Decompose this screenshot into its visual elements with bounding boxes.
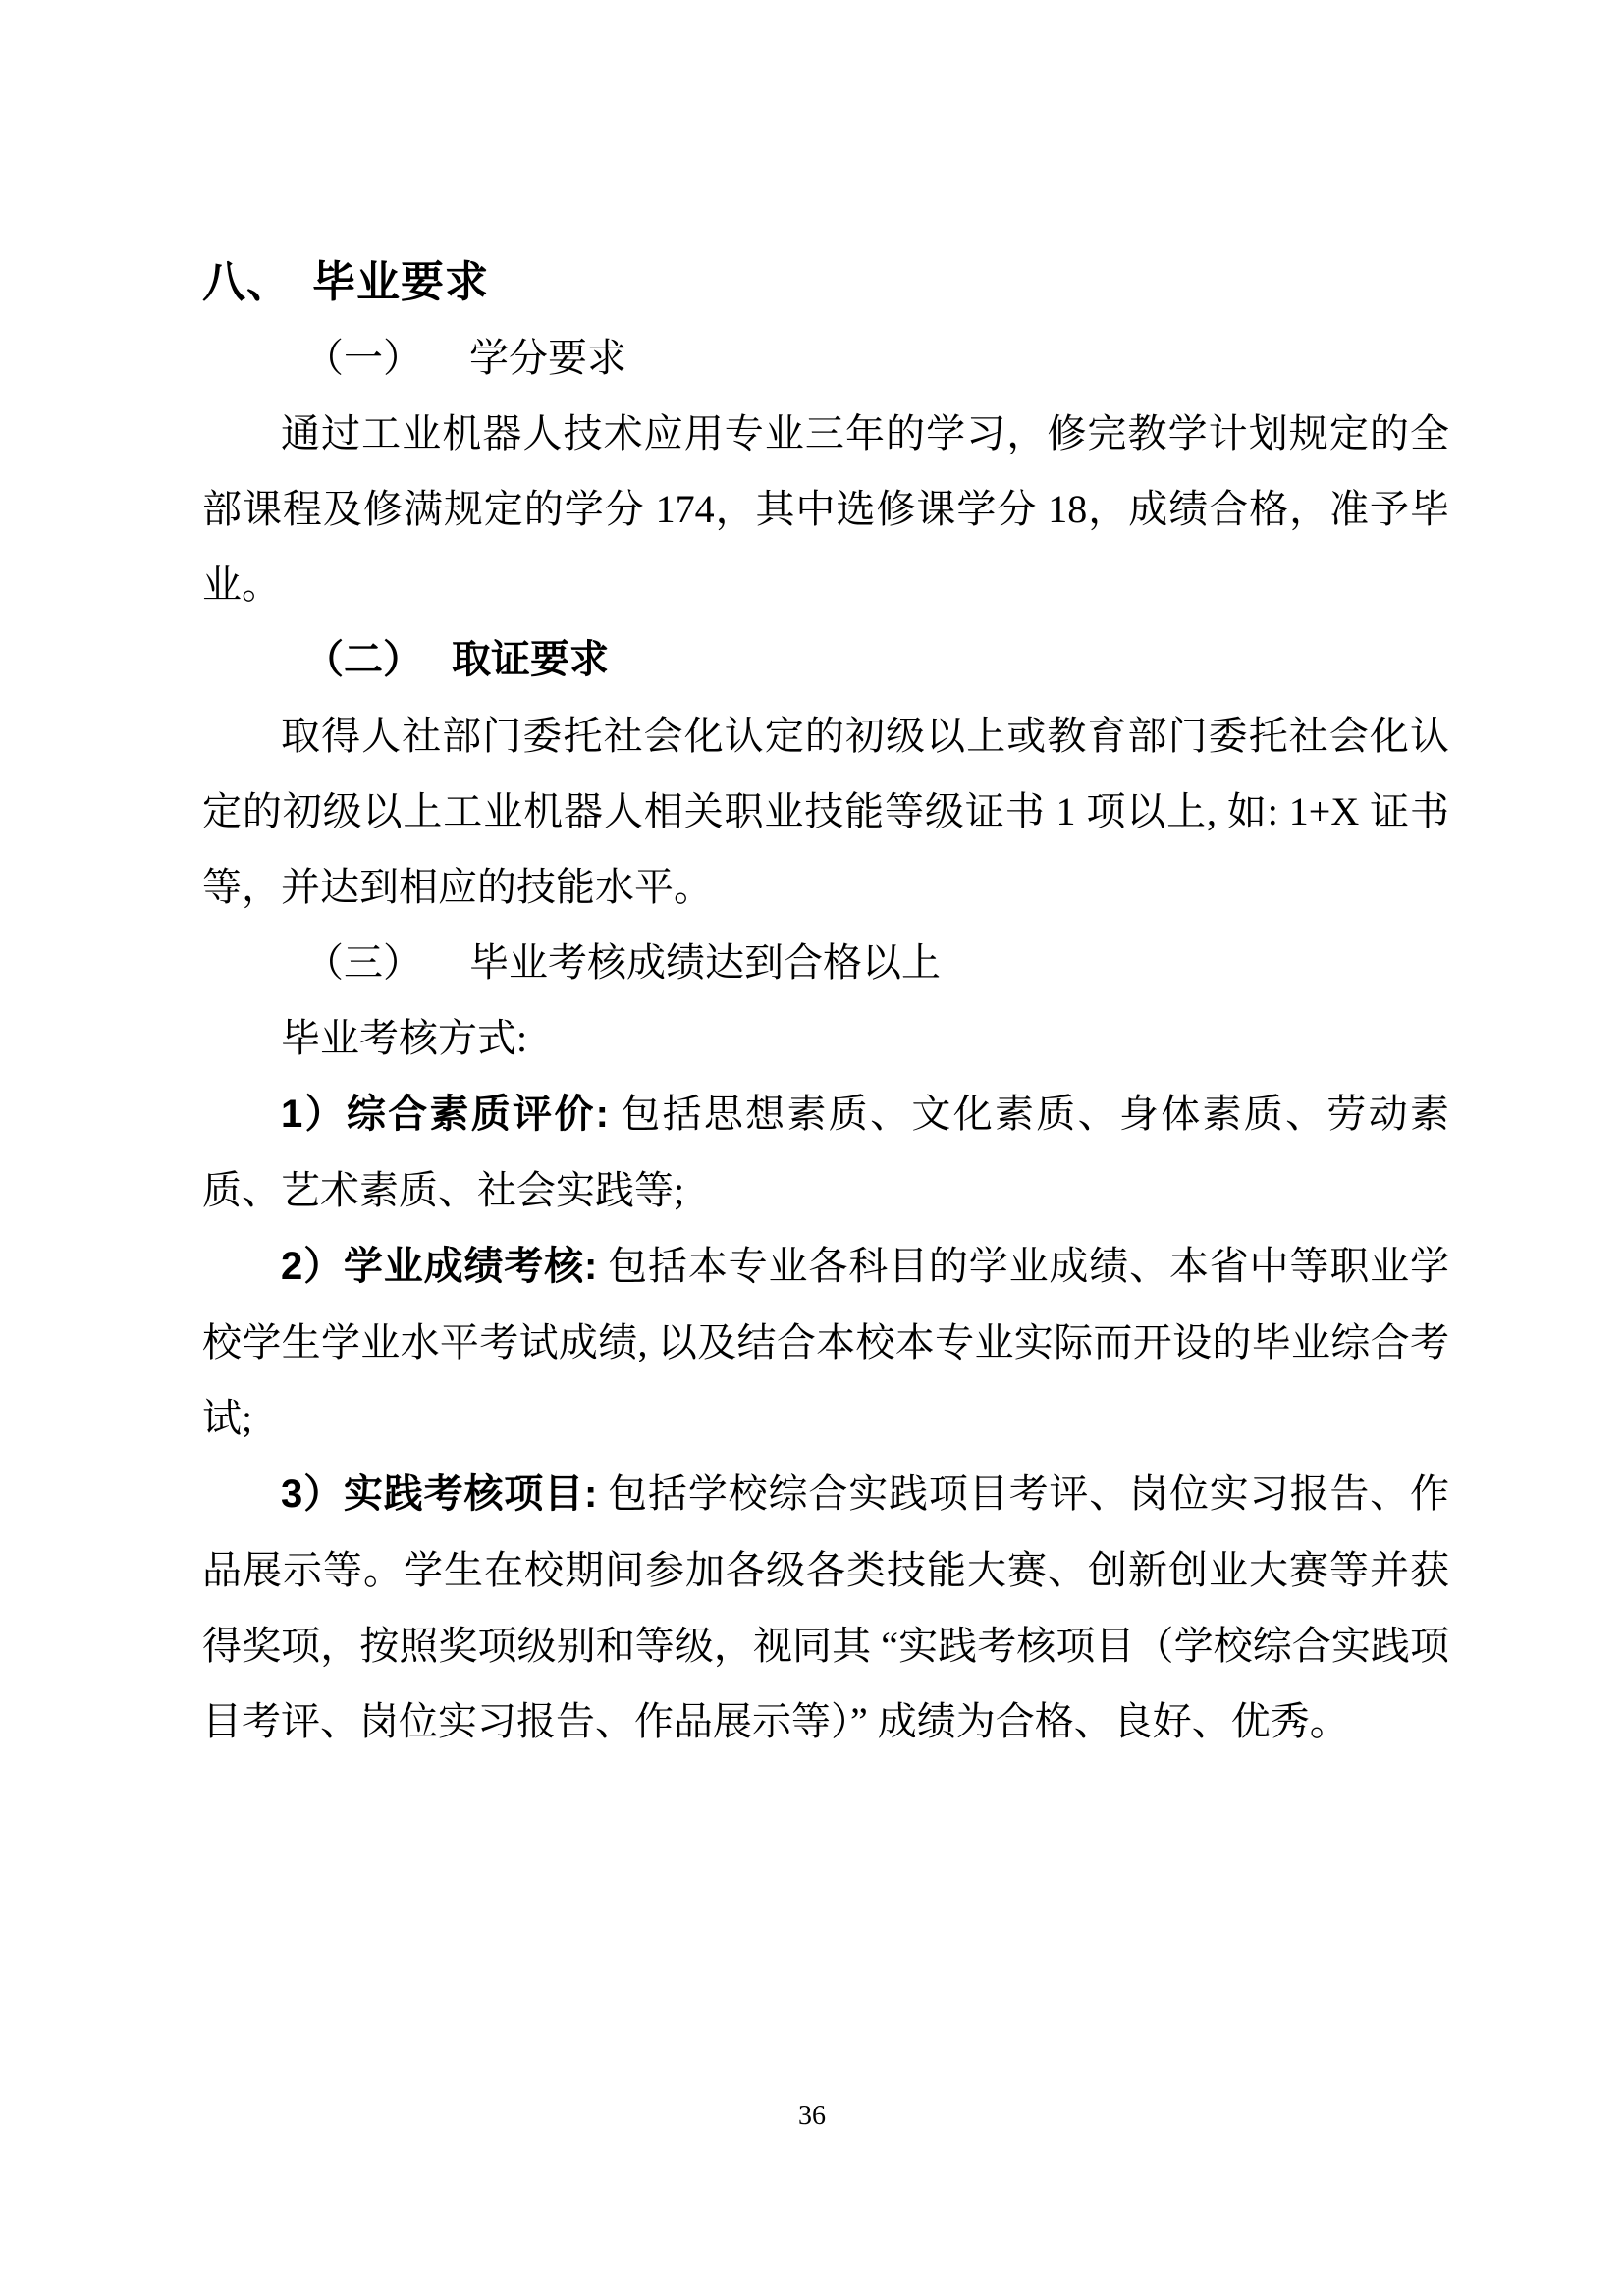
subsection-1-number: （一） <box>304 336 422 380</box>
subsection-1-title: 学分要求 <box>469 336 626 380</box>
page-footer: 36 <box>0 2097 1624 2136</box>
section-heading-number: 八、 <box>202 258 291 306</box>
subsection-1-heading: （一）学分要求 <box>202 320 1449 396</box>
paragraph-assessment-method-intro: 毕业考核方式: <box>202 1000 1449 1076</box>
subsection-2-number: （二） <box>304 638 422 681</box>
subsection-3-heading: （三）毕业考核成绩达到合格以上 <box>202 925 1449 1000</box>
assessment-item-1: 1）综合素质评价: 包括思想素质、文化素质、身体素质、劳动素质、艺术素质、社会实… <box>202 1076 1449 1228</box>
assessment-item-3: 3）实践考核项目: 包括学校综合实践项目考评、岗位实习报告、作品展示等。学生在校… <box>202 1456 1449 1759</box>
subsection-2-heading: （二）取证要求 <box>202 622 1449 698</box>
assessment-item-1-label: 1）综合素质评价: <box>281 1093 609 1136</box>
assessment-item-2: 2）学业成绩考核: 包括本专业各科目的学业成绩、本省中等职业学校学生学业水平考试… <box>202 1228 1449 1456</box>
document-page: 八、毕业要求 （一）学分要求 通过工业机器人技术应用专业三年的学习，修完教学计划… <box>0 0 1624 2296</box>
paragraph-credit-requirements: 通过工业机器人技术应用专业三年的学习，修完教学计划规定的全部课程及修满规定的学分… <box>202 396 1449 622</box>
assessment-item-3-label: 3）实践考核项目: <box>281 1472 597 1516</box>
subsection-3-number: （三） <box>304 940 422 985</box>
paragraph-certification-requirements: 取得人社部门委托社会化认定的初级以上或教育部门委托社会化认定的初级以上工业机器人… <box>202 698 1449 925</box>
section-heading-title: 毕业要求 <box>312 258 489 306</box>
page-number: 36 <box>798 2101 826 2131</box>
subsection-3-title: 毕业考核成绩达到合格以上 <box>469 940 941 985</box>
assessment-item-2-label: 2）学业成绩考核: <box>281 1245 597 1288</box>
section-heading: 八、毕业要求 <box>202 244 1449 320</box>
document-content: 八、毕业要求 （一）学分要求 通过工业机器人技术应用专业三年的学习，修完教学计划… <box>202 0 1449 1759</box>
subsection-2-title: 取证要求 <box>452 638 609 681</box>
